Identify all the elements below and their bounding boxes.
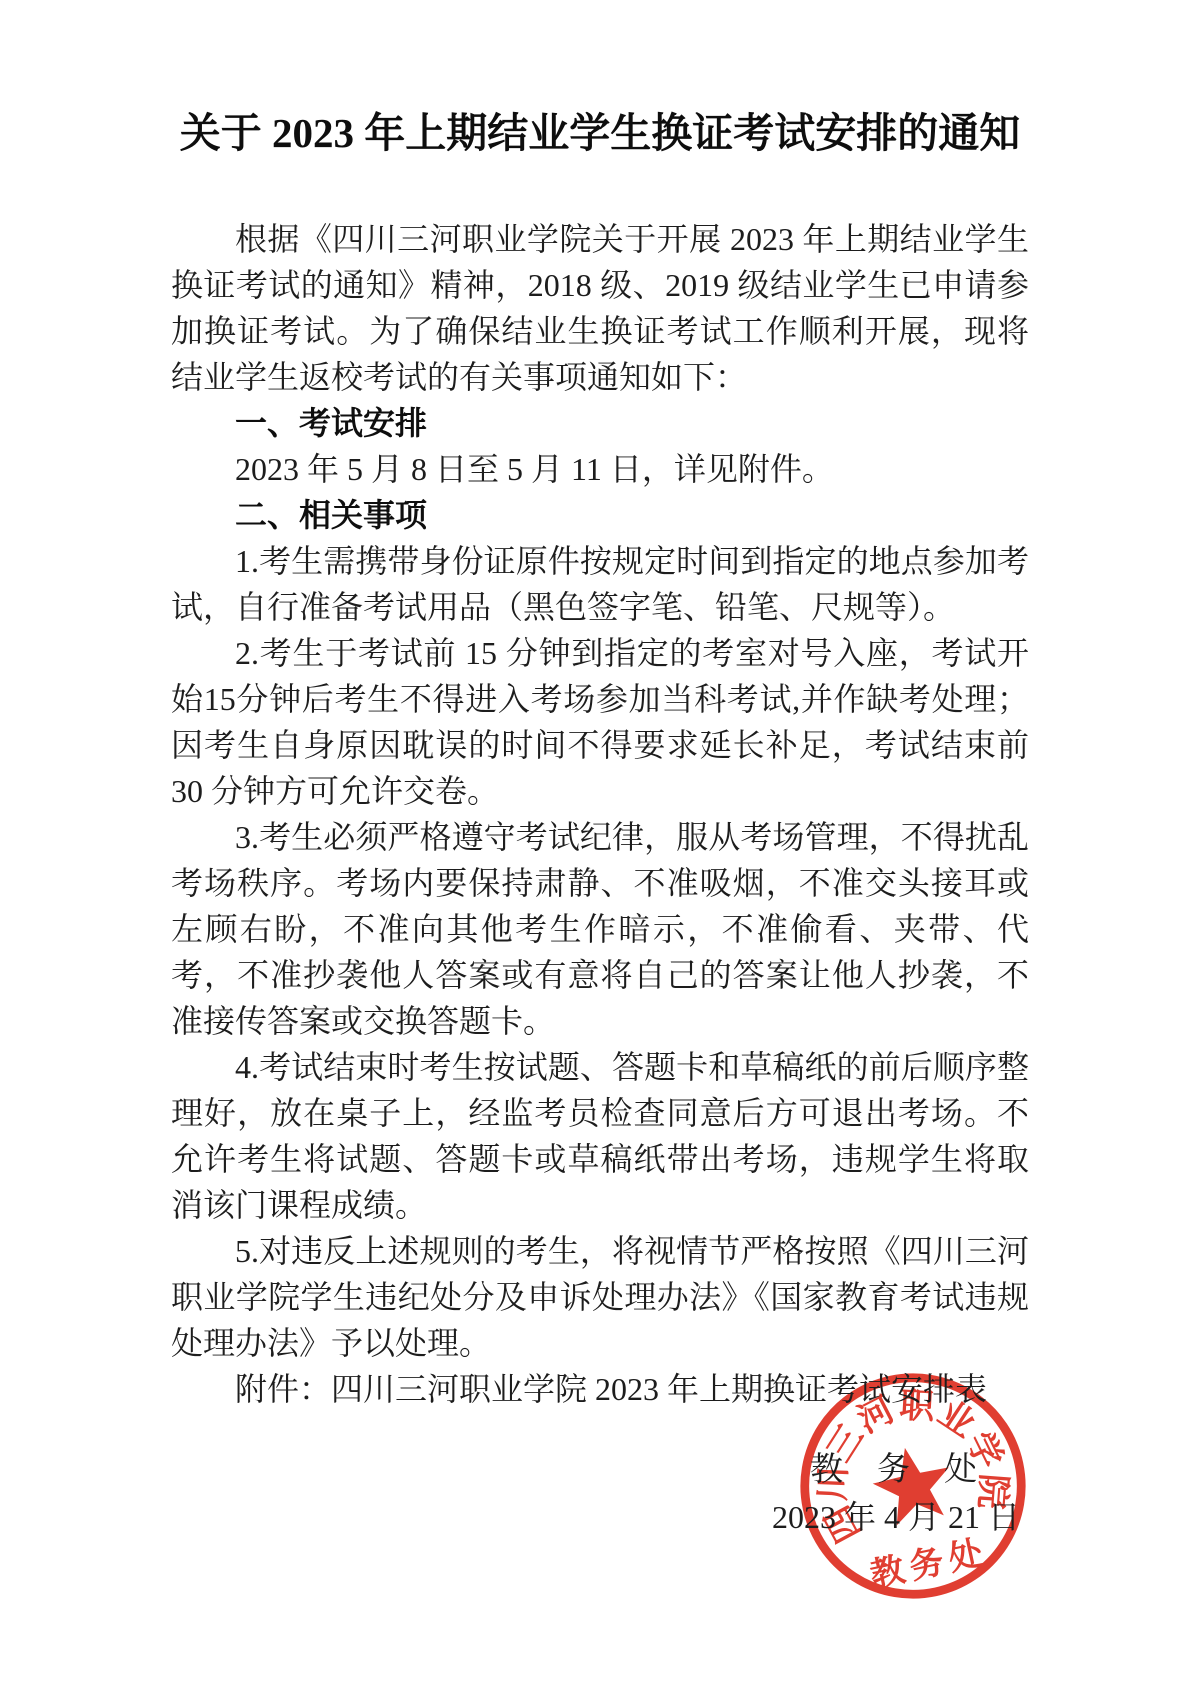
document-body: 关于 2023 年上期结业学生换证考试安排的通知 根据《四川三河职业学院关于开展… bbox=[171, 106, 1029, 1412]
seal-department-text: 教务处 bbox=[867, 1533, 992, 1595]
document-page: 关于 2023 年上期结业学生换证考试安排的通知 根据《四川三河职业学院关于开展… bbox=[0, 0, 1200, 1696]
signature-department: 教务处 bbox=[810, 1450, 1011, 1490]
document-title: 关于 2023 年上期结业学生换证考试安排的通知 bbox=[171, 106, 1029, 160]
signature-date: 2023 年 4 月 21 日 bbox=[772, 1497, 1020, 1537]
section-heading-exam-arrangement: 一、考试安排 bbox=[171, 400, 1029, 446]
notice-item-5: 5.对违反上述规则的考生，将视情节严格按照《四川三河职业学院学生违纪处分及申诉处… bbox=[171, 1228, 1029, 1366]
attachment-line: 附件：四川三河职业学院 2023 年上期换证考试安排表 bbox=[171, 1366, 1029, 1412]
notice-item-4: 4.考试结束时考生按试题、答题卡和草稿纸的前后顺序整理好，放在桌子上，经监考员检… bbox=[171, 1044, 1029, 1228]
intro-paragraph: 根据《四川三河职业学院关于开展 2023 年上期结业学生换证考试的通知》精神，2… bbox=[171, 216, 1029, 400]
notice-item-3: 3.考生必须严格遵守考试纪律，服从考场管理，不得扰乱考场秩序。考场内要保持肃静、… bbox=[171, 814, 1029, 1044]
exam-schedule-text: 2023 年 5 月 8 日至 5 月 11 日，详见附件。 bbox=[171, 446, 1029, 492]
section-heading-related-matters: 二、相关事项 bbox=[171, 492, 1029, 538]
notice-item-1: 1.考生需携带身份证原件按规定时间到指定的地点参加考试，自行准备考试用品（黑色签… bbox=[171, 538, 1029, 630]
notice-item-2: 2.考生于考试前 15 分钟到指定的考室对号入座，考试开始15分钟后考生不得进入… bbox=[171, 630, 1029, 814]
